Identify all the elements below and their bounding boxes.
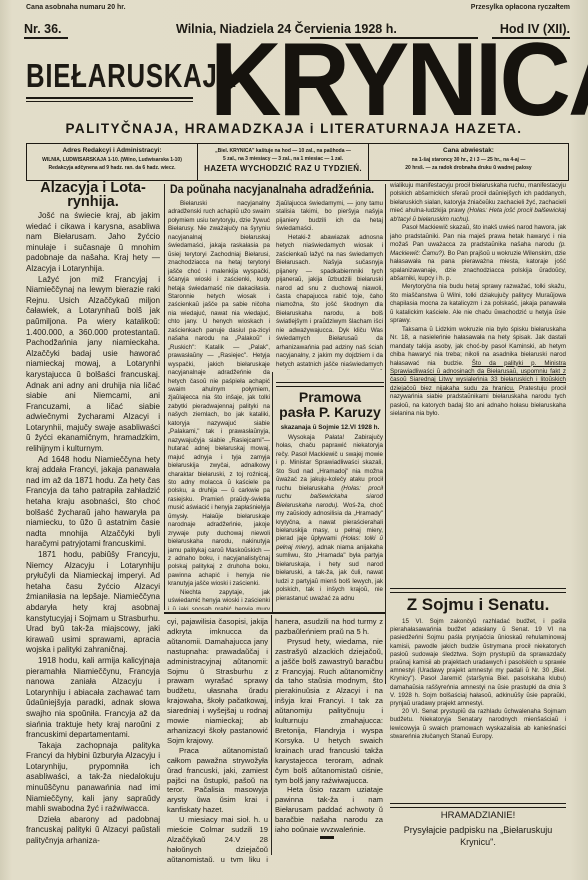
- sojm-top-rule: [390, 588, 566, 593]
- karuza-text: adnak niama anijakaha sumliwu, što „Hram…: [276, 544, 383, 602]
- section-rule: [164, 612, 385, 614]
- appeal-heading: HRAMADZIANIE!: [390, 810, 566, 821]
- karuza-subhead: skazanaja ŭ Sojmie 12.VI 1928 h.: [276, 424, 384, 431]
- alsace-paragraph: Heta ŭsio razam uziataje pawinna tak-ža …: [275, 785, 383, 832]
- alsace-paragraph: Lažyć jon miž Francyjaj i Niamieččynaj n…: [26, 275, 160, 455]
- issue-underline: [24, 37, 68, 39]
- karuza-top-rule: [276, 382, 384, 387]
- national-paragraph: Niechta zapytaje, jak uświedamić henyja …: [168, 589, 270, 610]
- alsace-title: Alzacyja i Lota-rynhija.: [26, 181, 160, 209]
- alsace-continuation-a: cyi, pajawilisia časopisi, jakija adkryt…: [167, 617, 268, 862]
- column-divider-4: [271, 615, 272, 855]
- alsace-paragraph: Ad 1648 hodu Niamieččyna hety kraj addał…: [26, 455, 160, 550]
- alsace-continuation-b: hanera, asudzili na hod turmy z pazbaŭle…: [275, 617, 383, 832]
- ads-cell: Cana abwiestak: na 1-šaj staroncy 30 hr.…: [369, 144, 568, 180]
- appeal-top-rule: [390, 803, 566, 808]
- sojm-article: 15 VI. Sojm zakončyŭ razhladać budžet, i…: [390, 618, 566, 800]
- karuza-text: Wysokaja Pałata! Zabirajučy hołas, chaču…: [276, 434, 383, 492]
- address-line: WILNIA, LUDWISARSKAJA 1-10. (Wilno, Ludw…: [27, 156, 197, 164]
- ads-line-2: 20 hrsš. — za radok drobnaha druku ŭ wad…: [369, 164, 568, 172]
- national-paragraph: Hetaki-ž abawiazak adnosna hetych niaświ…: [276, 234, 383, 370]
- title-big: KRYNICA: [210, 30, 552, 126]
- subscription-cell: „Biel. KRYNICA" kaštuje na hod — 10 zal.…: [198, 144, 369, 180]
- alsace-paragraph: cyi, pajawilisia časopisi, jakija adkryt…: [167, 617, 268, 746]
- national-article-col-b: źjaŭlajucca świedamymi, — jony tamu stal…: [276, 200, 383, 370]
- issue-number: Nr. 36.: [24, 22, 62, 36]
- appeal-text: Prysyłajcie padpisku na „Biełaruskuju Kr…: [390, 824, 566, 848]
- alsace-paragraph: hanera, asudzili na hod turmy z pazbaŭle…: [275, 617, 383, 637]
- title-rule-2: [26, 101, 193, 102]
- office-hours: Redakcyja adčynena ad 9 hadz. ran. da 6 …: [27, 164, 197, 172]
- title-small: BIEŁARUSKAJA: [26, 56, 157, 96]
- alsace-article: Alzacyja i Lota-rynhija. Jošć na świecie…: [26, 181, 160, 880]
- subscription-line-1: „Biel. KRYNICA" kaštuje na hod — 10 zal.…: [198, 147, 368, 155]
- alsace-paragraph: Takaja zachopnaja palityka Francyi da hł…: [26, 741, 160, 815]
- alsace-paragraph: Praca aŭtanomistaŭ całkom pawažna strywo…: [167, 746, 268, 815]
- newspaper-page: Cana asobnaha numaru 20 hr. Przesylka op…: [0, 0, 588, 880]
- alsace-paragraph: Dzieła abarony ad padobnaj francuskaj pa…: [26, 815, 160, 847]
- address-heading: Adres Redakcyi i Administracyi:: [27, 147, 197, 154]
- ads-line-1: na 1-šaj staroncy 30 hr., 2 i 3 — 25 hr.…: [369, 156, 568, 164]
- karuza-text: Merytoryčna nia budu hetaj sprawy razwaž…: [390, 283, 566, 325]
- alsace-paragraph: U miesiacy mai sioł. h. u mieście Colmar…: [167, 815, 268, 862]
- sojm-paragraph: 20 VI. Senat prystupiŭ da razhladu ŭchwa…: [390, 708, 566, 741]
- alsace-paragraph: 1918 hodu, kali armija kalicyjnaja piera…: [26, 656, 160, 741]
- column-divider-2: [385, 184, 386, 684]
- subscription-line-2: 5 zal., na 3 miesiacy — 3 zal., na 1 mie…: [198, 155, 368, 163]
- column-divider-3: [272, 372, 273, 612]
- column-divider-1: [164, 184, 165, 610]
- national-paragraph: źjaŭlajucca świedamymi, — jony tamu stal…: [276, 200, 383, 234]
- karuza-title-line-1: Pramowa: [276, 390, 384, 405]
- address-cell: Adres Redakcyi i Administracyi: WILNIA, …: [27, 144, 198, 180]
- alsace-paragraph: 1871 hodu, pabiŭšy Francyju, Niemcy Alza…: [26, 550, 160, 656]
- alsace-paragraph: Jošć na świecie kraj, ab jakim wiedać i …: [26, 211, 160, 275]
- postage-note: Przesylka opłacona ryczałtem: [471, 4, 570, 11]
- info-box: Adres Redakcyi i Administracyi: WILNIA, …: [26, 143, 569, 181]
- national-title: Da poŭnaha nacyjanalnaha adradžeńnia.: [170, 184, 367, 196]
- title-rule-1: [26, 97, 193, 99]
- price-note: Cana asobnaha numaru 20 hr.: [26, 4, 126, 11]
- subtitle: PALITYČNAJA, HRAMADZKAJA i LITERATURNAJA…: [0, 121, 588, 136]
- karuza-title-line-2: pasła P. Karuzy: [276, 405, 384, 420]
- karuza-title: Pramowa pasła P. Karuzy: [276, 390, 384, 420]
- weekly-note: HAZETA WYCHODZIĆ RAZ U TYDZIEŃ.: [198, 164, 368, 173]
- alsace-paragraph: Prysud hety, wiedama, nie zastrašyŭ alza…: [275, 637, 383, 786]
- sojm-title: Z Sojmu i Senatu.: [390, 595, 566, 615]
- ads-heading: Cana abwiestak:: [369, 147, 568, 154]
- karuza-article: Wysokaja Pałata! Zabirajučy hołas, chaču…: [276, 434, 383, 612]
- karuza-continuation: wialikuju manifestacyju procił biełarusk…: [390, 182, 566, 512]
- karuza-text: Pasoł Mackiewič skazaŭ, što inakš uwieś …: [390, 224, 566, 248]
- sojm-paragraph: 15 VI. Sojm zakončyŭ razhladać budžet, i…: [390, 618, 566, 708]
- end-mark: [320, 836, 334, 839]
- national-paragraph: Biełaruski nacyjanalny adradženski ruch …: [168, 200, 270, 589]
- national-article-col-a: Biełaruski nacyjanalny adradženski ruch …: [168, 200, 270, 610]
- appeal-box: HRAMADZIANIE! Prysyłajcie padpisku na „B…: [390, 810, 566, 848]
